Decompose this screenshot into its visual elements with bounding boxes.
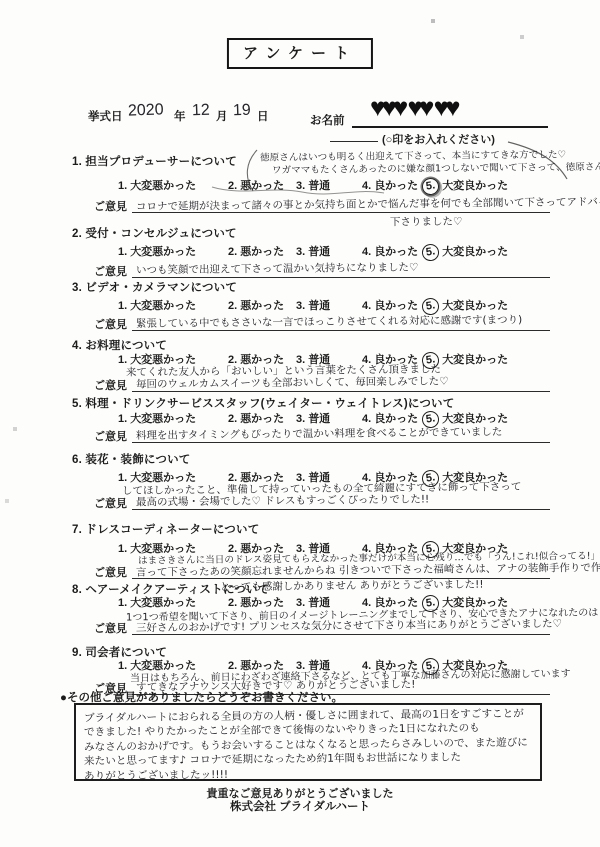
question-number: 1. <box>72 156 82 168</box>
circled-rating-mark: 5. <box>421 243 440 262</box>
rating-option: 2.悪かった <box>228 243 284 259</box>
day-suffix: 日 <box>257 108 269 124</box>
rating-option: 3.普通 <box>296 243 330 259</box>
comment-underline: 最高の式場・会場でした♡ ドレスもすっごくぴったりでした!! <box>132 494 550 510</box>
question-heading: 6. 装花・装飾について <box>72 451 190 467</box>
rating-option: 4.良かった <box>362 177 418 193</box>
handwritten-comment: いつも笑顔で出迎えて下さって温かい気持ちになりました♡ <box>136 260 419 278</box>
comment-label: ご意見 <box>94 495 127 511</box>
question-label: 料理・ドリンクサービススタッフ(ウェイター・ウェイトレス)について <box>85 398 454 410</box>
month-suffix: 月 <box>216 108 228 124</box>
name-field-line: ♥♥♥ ♥♥ ♥♥ <box>352 100 548 128</box>
comment-underline: 三好さんのおかげです! プリンセスな気分にさせて下さり本当にありがとうございまし… <box>132 619 550 635</box>
comment-row: ご意見 最高の式場・会場でした♡ ドレスもすっごくぴったりでした!! <box>94 494 550 510</box>
comment-row: ご意見 毎回のウェルカムスイーツも全部おいしくて、毎回楽しみでした♡ <box>94 376 550 392</box>
comment-row: ご意見 いつも笑顔で出迎えて下さって温かい気持ちになりました♡ <box>94 262 550 278</box>
other-comments-box: ブライダルハートにおられる全員の方の人柄・優しさに囲まれて、最高の1日をすごすこ… <box>74 703 542 781</box>
comment-label: ご意見 <box>94 620 127 636</box>
wedding-date-month: 12 <box>192 102 210 121</box>
rating-options: 1.大変悪かった 2.悪かった 3.普通 4.良かった 5.大変良かった <box>60 297 552 312</box>
comment-label: ご意見 <box>94 564 127 580</box>
rating-option-selected: 5.大変良かった <box>426 177 508 195</box>
wedding-date-day: 19 <box>233 102 251 121</box>
rating-options: 1.大変悪かった 2.悪かった 3.普通 4.良かった 5.大変良かった <box>60 243 552 258</box>
rating-option: 3.普通 <box>296 410 330 426</box>
question-number: 5. <box>72 398 82 410</box>
wedding-date-label: 挙式日 <box>88 108 123 124</box>
rating-options: 1.大変悪かった 2.悪かった 3.普通 4.良かった 5.大変良かった <box>60 410 552 425</box>
comment-label: ご意見 <box>94 316 127 332</box>
comment-row: ご意見 緊張している中でもささいな一言でほっこりさせてくれる対応に感謝です(まつ… <box>94 315 550 331</box>
comment-underline: 料理を出すタイミングもぴったりで温かい料理を食べることができていました <box>132 427 550 443</box>
handwritten-comment: 毎回のウェルカムスイーツも全部おいしくて、毎回楽しみでした♡ <box>136 373 449 391</box>
question-label: ドレスコーディネーターについて <box>85 524 259 536</box>
question-block: 8. ヘアーメイクアーティストについて 1.大変悪かった 2.悪かった 3.普通… <box>60 581 552 653</box>
rating-option: 4.良かった <box>362 297 418 313</box>
rating-option: 2.悪かった <box>228 410 284 426</box>
handwritten-comment: 最高の式場・会場でした♡ ドレスもすっごくぴったりでした!! <box>136 491 429 509</box>
comment-label: ご意見 <box>94 263 127 279</box>
rating-option: 4.良かった <box>362 410 418 426</box>
rating-option: 2.悪かった <box>228 177 284 193</box>
comment-label: ご意見 <box>94 428 127 444</box>
comment-row: ご意見 三好さんのおかげです! プリンセスな気分にさせて下さり本当にありがとうご… <box>94 619 550 635</box>
comment-label: ご意見 <box>94 377 127 393</box>
question-heading: 5. 料理・ドリンクサービススタッフ(ウェイター・ウェイトレス)について <box>72 395 454 411</box>
question-heading: 3. ビデオ・カメラマンについて <box>72 279 237 295</box>
question-number: 3. <box>72 282 82 294</box>
rating-options: 1.大変悪かった 2.悪かった 3.普通 4.良かった 5.大変良かった <box>60 177 552 192</box>
scanned-survey-page: アンケート 挙式日 2020 年 12 月 19 日 お名前 ♥♥♥ ♥♥ ♥♥… <box>0 0 600 847</box>
footer-company: 株式会社 ブライダルハート <box>0 798 600 814</box>
wedding-date-year: 2020 <box>128 101 164 120</box>
question-block: 1. 担当プロデューサーについて 徳原さんはいつも明るく出迎えて下さって、本当に… <box>60 153 552 225</box>
question-number: 2. <box>72 228 82 240</box>
question-label: 担当プロデューサーについて <box>85 156 237 168</box>
comment-row: ご意見 コロナで延期が決まって諸々の事とか気持ち面とかで悩んだ事を何でも全部聞い… <box>94 197 550 213</box>
comment-underline: 言って下さったあの笑顔忘れませんからね 引きついで下さった福崎さんは、アナの装飾… <box>132 563 550 579</box>
handwritten-comment: 言って下さったあの笑顔忘れませんからね 引きついで下さった福崎さんは、アナの装飾… <box>136 559 600 580</box>
handwritten-comment: コロナで延期が決まって諸々の事とか気持ち面とかで悩んだ事を何でも全部聞いて下さっ… <box>136 193 600 214</box>
rating-option: 3.普通 <box>296 177 330 193</box>
circled-rating-mark: 5. <box>421 177 440 196</box>
comment-underline: コロナで延期が決まって諸々の事とか気持ち面とかで悩んだ事を何でも全部聞いて下さっ… <box>132 197 550 213</box>
survey-title: アンケート <box>227 38 373 69</box>
comment-row: ご意見 料理を出すタイミングもぴったりで温かい料理を食べることができていました <box>94 427 550 443</box>
question-label: 受付・コンセルジュについて <box>85 228 236 240</box>
rating-option: 2.悪かった <box>228 297 284 313</box>
year-suffix: 年 <box>174 108 186 124</box>
question-number: 7. <box>72 524 82 536</box>
rating-option: 3.普通 <box>296 297 330 313</box>
rating-option-selected: 5.大変良かった <box>426 243 508 261</box>
question-block: 6. 装花・装飾について 1.大変悪かった 2.悪かった 3.普通 4.良かった… <box>60 451 552 523</box>
comment-underline: 毎回のウェルカムスイーツも全部おいしくて、毎回楽しみでした♡ <box>132 376 550 392</box>
circle-instruction: (○印をお入れください) <box>382 131 495 147</box>
rating-option: 1.大変悪かった <box>118 297 196 313</box>
handwritten-comment: 三好さんのおかげです! プリンセスな気分にさせて下さり本当にありがとうございまし… <box>136 616 562 635</box>
comment-label: ご意見 <box>94 198 127 214</box>
question-label: 装花・装飾について <box>85 454 190 466</box>
comment-underline: いつも笑顔で出迎えて下さって温かい気持ちになりました♡ <box>132 262 550 278</box>
question-label: ビデオ・カメラマンについて <box>85 282 237 294</box>
rating-option: 1.大変悪かった <box>118 177 196 193</box>
instruction-underline <box>330 141 378 142</box>
question-number: 6. <box>72 454 82 466</box>
name-redaction-hearts: ♥♥♥ ♥♥ ♥♥ <box>370 92 457 123</box>
question-heading: 7. ドレスコーディネーターについて <box>72 521 259 537</box>
comment-underline: 緊張している中でもささいな一言でほっこりさせてくれる対応に感謝です(まつり) <box>132 315 550 331</box>
rating-option: 4.良かった <box>362 243 418 259</box>
handwritten-comment: 緊張している中でもささいな一言でほっこりさせてくれる対応に感謝です(まつり) <box>136 312 522 331</box>
name-label: お名前 <box>310 112 345 128</box>
question-heading: 2. 受付・コンセルジュについて <box>72 225 237 241</box>
rating-option: 1.大変悪かった <box>118 243 196 259</box>
handwritten-comment: 料理を出すタイミングもぴったりで温かい料理を食べることができていました <box>136 424 502 443</box>
rating-option: 1.大変悪かった <box>118 410 196 426</box>
scan-noise <box>0 0 2 2</box>
question-heading: 1. 担当プロデューサーについて <box>72 153 237 169</box>
